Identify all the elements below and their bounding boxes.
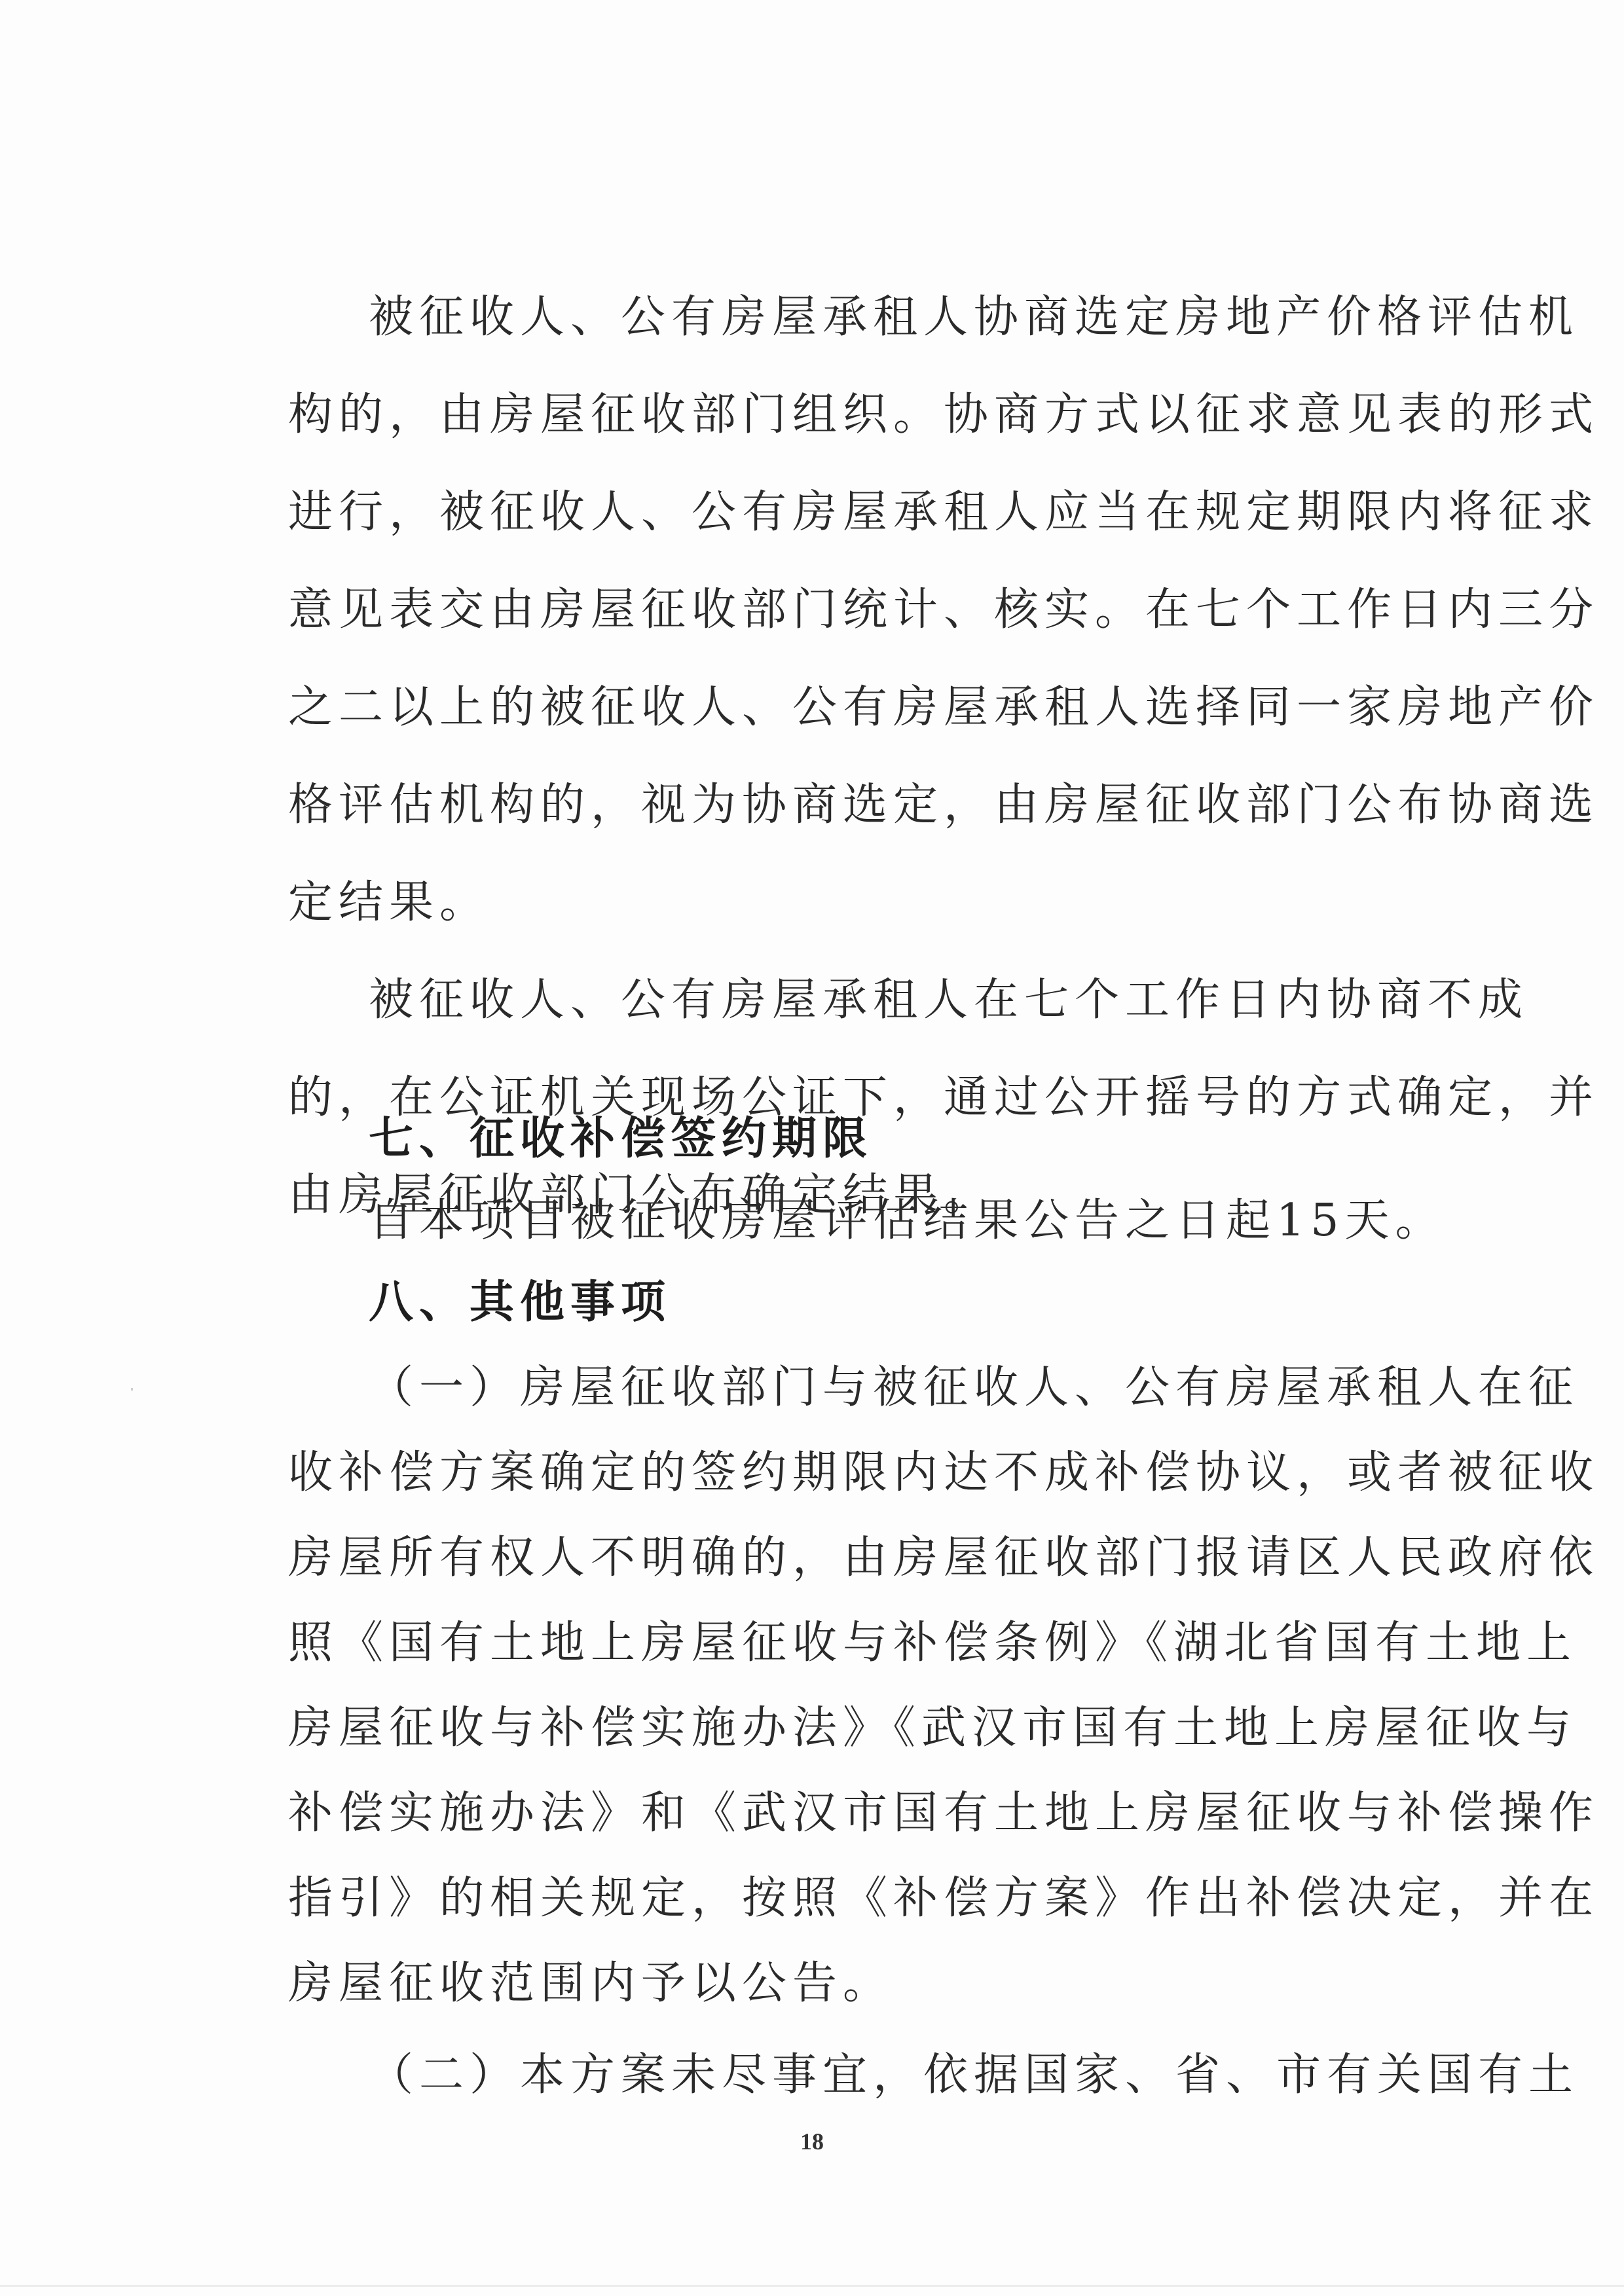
paragraph-line: 收补偿方案确定的签约期限内达不成补偿协议，或者被征收 [288, 1447, 1375, 1499]
paragraph-line: （一）房屋征收部门与被征收人、公有房屋承租人在征 [369, 1362, 1375, 1414]
section-heading-signing-period: 七、征收补偿签约期限 [369, 1113, 1375, 1165]
paragraph-line: 房屋征收与补偿实施办法》《武汉市国有土地上房屋征收与 [288, 1702, 1375, 1755]
paragraph-line: 照《国有土地上房屋征收与补偿条例》《湖北省国有土地上 [288, 1617, 1375, 1669]
paragraph-line: 自本项目被征收房屋评估结果公告之日起15天。 [369, 1195, 1375, 1247]
paragraph-line: 构的，由房屋征收部门组织。协商方式以征求意见表的形式 [288, 389, 1375, 441]
paragraph-line: 格评估机构的，视为协商选定，由房屋征收部门公布协商选 [288, 779, 1375, 831]
document-page: 被征收人、公有房屋承租人协商选定房地产价格评估机 构的，由房屋征收部门组织。协商… [0, 0, 1624, 2296]
scan-edge [0, 2285, 1624, 2287]
paragraph-line: 之二以上的被征收人、公有房屋承租人选择同一家房地产价 [288, 682, 1375, 734]
paragraph-line: 房屋所有权人不明确的，由房屋征收部门报请区人民政府依 [288, 1532, 1375, 1584]
paragraph-line: 定结果。 [288, 877, 1375, 929]
paragraph-line: 补偿实施办法》和《武汉市国有土地上房屋征收与补偿操作 [288, 1787, 1375, 1840]
paragraph-line: 意见表交由房屋征收部门统计、核实。在七个工作日内三分 [288, 584, 1375, 636]
paragraph-line: 进行，被征收人、公有房屋承租人应当在规定期限内将征求 [288, 486, 1375, 539]
paragraph-line: （二）本方案未尽事宜，依据国家、省、市有关国有土 [369, 2049, 1375, 2102]
paragraph-line: 被征收人、公有房屋承租人协商选定房地产价格评估机 [369, 291, 1375, 344]
page-number: 18 [0, 2128, 1624, 2155]
paragraph-line: 指引》的相关规定，按照《补偿方案》作出补偿决定，并在 [288, 1872, 1375, 1925]
paragraph-line: 被征收人、公有房屋承租人在七个工作日内协商不成 [369, 974, 1375, 1027]
scan-speck [131, 1388, 133, 1391]
section-heading-other-matters: 八、其他事项 [369, 1277, 1375, 1329]
paragraph-line: 房屋征收范围内予以公告。 [288, 1958, 1375, 2010]
